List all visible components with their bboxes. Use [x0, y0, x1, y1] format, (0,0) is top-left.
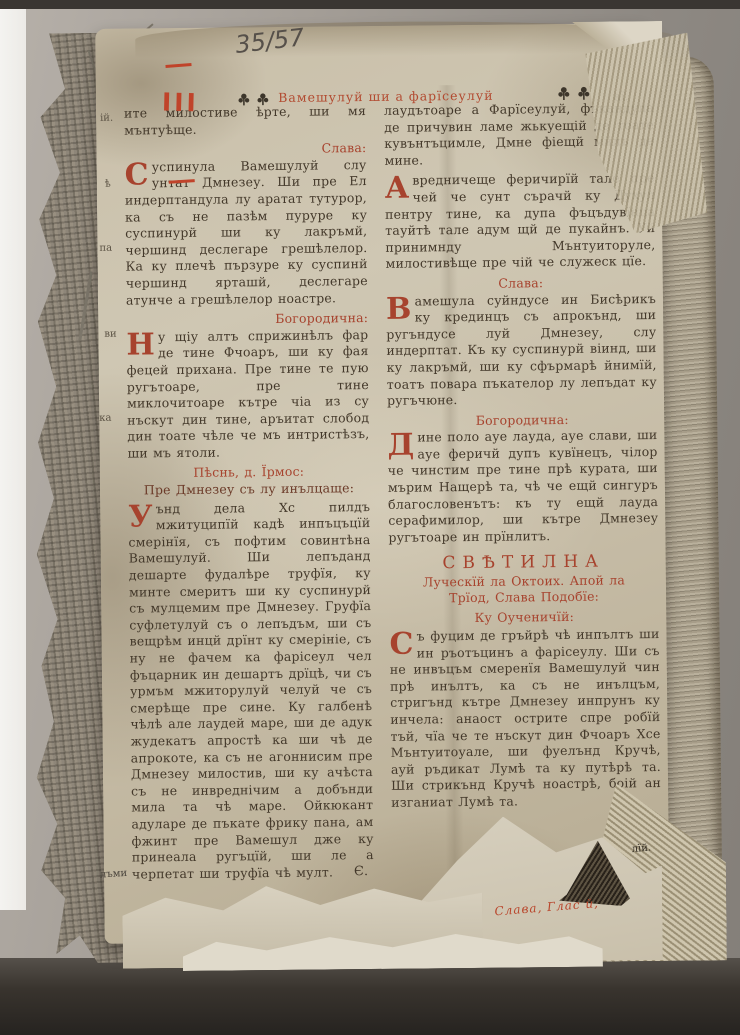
- rubricated-initial: Д: [387, 430, 417, 460]
- rubricated-initial: С: [124, 159, 151, 189]
- svetilna-rubric-line: Луческїй ла Октоих. Апой ла: [389, 572, 659, 591]
- hymn-paragraph: Дине поло ауе лауда, ауе слави, ши ауе ф…: [387, 427, 658, 546]
- hymn-paragraph: Суспинула Вамешулуй слу унтат Дмнезеу. Ш…: [124, 157, 368, 309]
- hymn-paragraph: Ну щіу алтъ сприжинѣлъ фар де тине Фчоар…: [126, 327, 369, 462]
- photo-top-dark-band: [0, 0, 740, 9]
- ode-heading-block: Пѣснь, д. Їрмос: Пре Дмнезеу съ лу инълц…: [128, 464, 370, 500]
- open-page: 35/57 III Вамешулуй ши а фарїсеулуй аї. …: [95, 23, 670, 944]
- hymn-continuation: ите милостиве ѣрте, ши мя мънтуѣще.: [124, 103, 366, 139]
- margin-fragment: ка: [99, 413, 111, 424]
- rubricated-initial: А: [385, 173, 413, 203]
- photo-of-antique-book: 35/57 III Вамешулуй ши а фарїсеулуй аї. …: [0, 0, 740, 1035]
- margin-fragment: ій.: [100, 113, 113, 124]
- margin-fragment: па: [99, 243, 112, 254]
- old-book: 35/57 III Вамешулуй ши а фарїсеулуй аї. …: [23, 14, 723, 971]
- rubricated-initial: Н: [126, 329, 158, 359]
- hymn-paragraph: Уънд дела Хс пилдъ мжитуципїй кадѣ инпъц…: [128, 499, 374, 883]
- red-roman-numeral: III: [162, 88, 200, 118]
- hymn-paragraph: Съ фуцим де гръйрѣ чѣ инпълтъ ши ин ръот…: [389, 626, 661, 811]
- red-dash-mark: [165, 63, 191, 68]
- svetilna-podoben-line: Ку Оученичїй:: [389, 608, 659, 627]
- hymn-paragraph: Вамешула суйндусе ин Бисѣрикъ ку крединц…: [386, 291, 657, 410]
- irmos-incipit: Пре Дмнезеу съ лу инълцаще:: [128, 480, 370, 499]
- rubricated-initial: С: [389, 629, 416, 659]
- rubricated-initial: В: [386, 293, 415, 323]
- margin-fragment: ѣ: [105, 179, 111, 190]
- photo-left-border: [0, 6, 26, 910]
- catchword: Є.: [354, 864, 368, 879]
- svetilna-rubric-line: Трїод, Слава Подобїе:: [389, 588, 659, 607]
- svetilna-section-title: СВѢТИЛНА: [389, 553, 659, 572]
- ink-marks-near-stamp: лїй.: [631, 842, 651, 855]
- margin-fragment: ви: [104, 329, 116, 340]
- handwritten-margin-note: лъми: [100, 868, 128, 881]
- rubricated-initial: У: [128, 501, 156, 531]
- left-text-column: ите милостиве ѣрте, ши мя мънтуѣще. Слав…: [124, 103, 374, 903]
